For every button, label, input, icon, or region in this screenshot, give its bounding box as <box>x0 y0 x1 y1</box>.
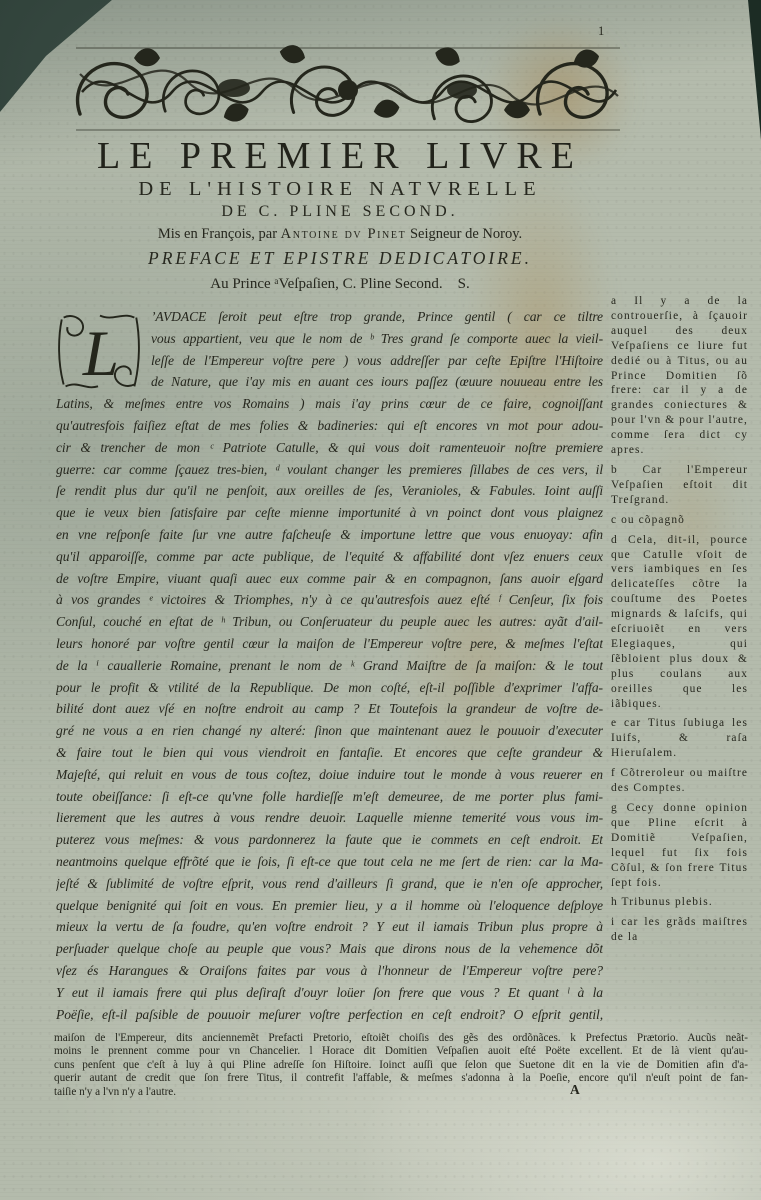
woodcut-headpiece-engraving <box>74 44 622 134</box>
body-text-line: bilité dont auez vſé en noſtre endroit a… <box>56 698 603 720</box>
body-text-line: Latins, & meſmes entre vos Romains ) mai… <box>56 393 603 415</box>
body-text-line: de la ⁱ cauallerie Romaine, prenant le n… <box>56 655 603 677</box>
body-text-line: cir & trencher de mon ᶜ Patriote Catulle… <box>56 437 603 459</box>
body-text-line: lierement que les autres à vous rendre d… <box>56 807 603 829</box>
footnote: maiſon de l'Empereur, dits anciennemẽt P… <box>54 1032 748 1099</box>
body-text-line: toute obeiſſance: ſi eſt-ce qu'vne folle… <box>56 786 603 808</box>
body-text-line: pour le profit & vtilité de la Republiqu… <box>56 677 603 699</box>
body-text-line: ’AVDACE ſeroit peut eſtre trop grande, P… <box>151 306 603 328</box>
footnote-line: moins le prennent comme pour vn Chanceli… <box>54 1045 748 1058</box>
folio-number: 1 <box>598 24 605 39</box>
dedication-line: Au Prince ᵃVeſpaſien, C. Pline Second. S… <box>54 276 626 293</box>
body-text-line: Majeſté, qui reluit en vous de tous coſt… <box>56 764 603 786</box>
body-text-line: que ie veux bien ſatisfaire par ceſte mi… <box>56 502 603 524</box>
footnote-line: taiſie n'y a l'vn n'y a l'autre. <box>54 1086 748 1099</box>
margin-note: i car les grãds maiſtres de la <box>611 915 748 945</box>
margin-note: b Car l'Empereur Veſpaſien eſtoit dit Tr… <box>611 463 748 508</box>
body-text-line: gré ne vous a en rien changé ny alteré: … <box>56 720 603 742</box>
body-text: L ’AVDACE ſeroit peut eſtre trop grande,… <box>56 306 603 1025</box>
body-text-line: jeſté & ſublimité de voſtre eſprit, vous… <box>56 873 603 895</box>
photo-backdrop: 1 LE P <box>0 0 761 1200</box>
title-line-1: LE PREMIER LIVRE <box>54 134 626 178</box>
body-text-line: Conſul, couché en eſtat de ʰ Tribun, ou … <box>56 611 603 633</box>
title-line-2: DE L'HISTOIRE NATVRELLE <box>54 178 626 201</box>
body-text-line: Y eut il iamais frere qui plus deſiraſt … <box>56 982 603 1004</box>
body-text-line: à vos grandes ᵉ victoires & Triomphes, n… <box>56 589 603 611</box>
margin-note: f Cõtreroleur ou maiſtre des Comptes. <box>611 766 748 796</box>
title-line-3: DE C. PLINE SECOND. <box>54 203 626 221</box>
body-text-line: vſez és Harangues & Oraiſons faites par … <box>56 960 603 982</box>
byline-prefix: Mis en François, par <box>158 226 281 242</box>
footnote-line: querir autant de credit que ſon frere Ti… <box>54 1072 748 1085</box>
footnote-line: cuns penſent que c'eſt à luy à qui Pline… <box>54 1059 748 1072</box>
book-page: 1 LE P <box>0 0 761 1200</box>
body-text-line: puterez vous meſmes: & vous pardonnerez … <box>56 829 603 851</box>
margin-note: h Tribunus plebis. <box>611 895 748 910</box>
margin-notes: a Il y a de la controuerſie, à ſçauoir a… <box>611 294 748 950</box>
margin-note: e car Titus ſubiuga les Iuifs, & raſa Hi… <box>611 716 748 761</box>
body-text-line: leſſe de l'Empereur voſtre pere ) vous a… <box>151 350 603 372</box>
signature-mark: A <box>570 1082 581 1098</box>
body-text-line: vous appartient, veu que le nom de ᵇ Tre… <box>151 328 603 350</box>
body-text-line: perſuader quelque choſe au peuple que vo… <box>56 938 603 960</box>
body-text-line: ſe rendit plus dur qu'il ne penſoit, aux… <box>56 480 603 502</box>
body-text-line: mieux la vertu de ſa foudre, qu'en voſtr… <box>56 916 603 938</box>
body-text-line: leurs honoré par voſtre gentil cœur la m… <box>56 633 603 655</box>
body-text-line: Poëſie, eſt-il paſsible de pouuoir meſur… <box>56 1004 603 1026</box>
margin-note: g Cecy donne opinion que Pline eſcrit à … <box>611 801 748 890</box>
margin-note: c ou cõpagnõ <box>611 513 748 528</box>
body-text-line: qu'autresfois faiſiez eſtat de mes folie… <box>56 415 603 437</box>
body-text-line: de voſtre Empire, viuant quaſi auec eux … <box>56 568 603 590</box>
byline: Mis en François, par Antoine dv Pinet Se… <box>54 226 626 243</box>
body-text-line: de Nature, que i'ay mis en auant ces iou… <box>151 371 603 393</box>
translator-name: Antoine dv Pinet <box>281 226 407 242</box>
byline-suffix: Seigneur de Noroy. <box>406 226 522 242</box>
body-text-line: guerre: car comme ſçauez tres-bien, ᵈ vo… <box>56 459 603 481</box>
footnote-line: maiſon de l'Empereur, dits anciennemẽt P… <box>54 1032 748 1045</box>
body-text-line: en vne reſponſe faite ſur vne autre faſc… <box>56 524 603 546</box>
ornate-drop-cap-L: L <box>56 309 142 393</box>
body-text-line: & faire tout le bien qui vous viendroit … <box>56 742 603 764</box>
margin-note: a Il y a de la controuerſie, à ſçauoir a… <box>611 294 748 458</box>
body-text-line: neantmoins quelque effrõté que ie ſois, … <box>56 851 603 873</box>
margin-note: d Cela, dit-il, pource que Catulle vſoit… <box>611 533 748 712</box>
drop-cap-letter: L <box>82 318 119 390</box>
preface-heading: PREFACE ET EPISTRE DEDICATOIRE. <box>54 248 626 269</box>
body-text-line: quelque benignité qui ſoit en vous. En p… <box>56 895 603 917</box>
body-text-line: qu'il apparoiſſe, comme par acte publiqu… <box>56 546 603 568</box>
